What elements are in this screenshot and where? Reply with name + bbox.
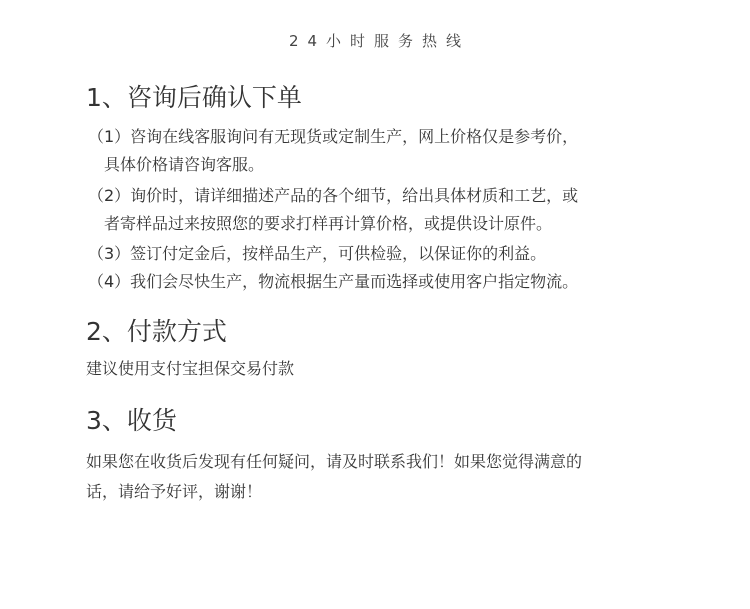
payment-text: 建议使用支付宝担保交易付款 — [86, 355, 294, 383]
order-step-2-line-1: （2）询价时，请详细描述产品的各个细节，给出具体材质和工艺，或 — [88, 182, 578, 210]
order-step-2-line-2: 者寄样品过来按照您的要求打样再计算价格，或提供设计原件。 — [104, 210, 552, 238]
receipt-text-line-2: 话，请给予好评，谢谢！ — [86, 478, 262, 506]
section-receipt-title: 3、收货 — [86, 401, 177, 437]
order-step-1-line-2: 具体价格请咨询客服。 — [104, 151, 264, 179]
order-step-4: （4）我们会尽快生产，物流根据生产量而选择或使用客户指定物流。 — [88, 268, 578, 296]
receipt-text-line-1: 如果您在收货后发现有任何疑问，请及时联系我们！如果您觉得满意的 — [86, 448, 582, 476]
hotline-header: 24小时服务热线 — [0, 30, 750, 51]
order-step-1-line-1: （1）咨询在线客服询问有无现货或定制生产，网上价格仅是参考价， — [88, 123, 578, 151]
section-payment-title: 2、付款方式 — [86, 312, 227, 348]
order-step-3: （3）签订付定金后，按样品生产，可供检验，以保证你的利益。 — [88, 240, 546, 268]
section-order-title: 1、咨询后确认下单 — [86, 78, 302, 114]
